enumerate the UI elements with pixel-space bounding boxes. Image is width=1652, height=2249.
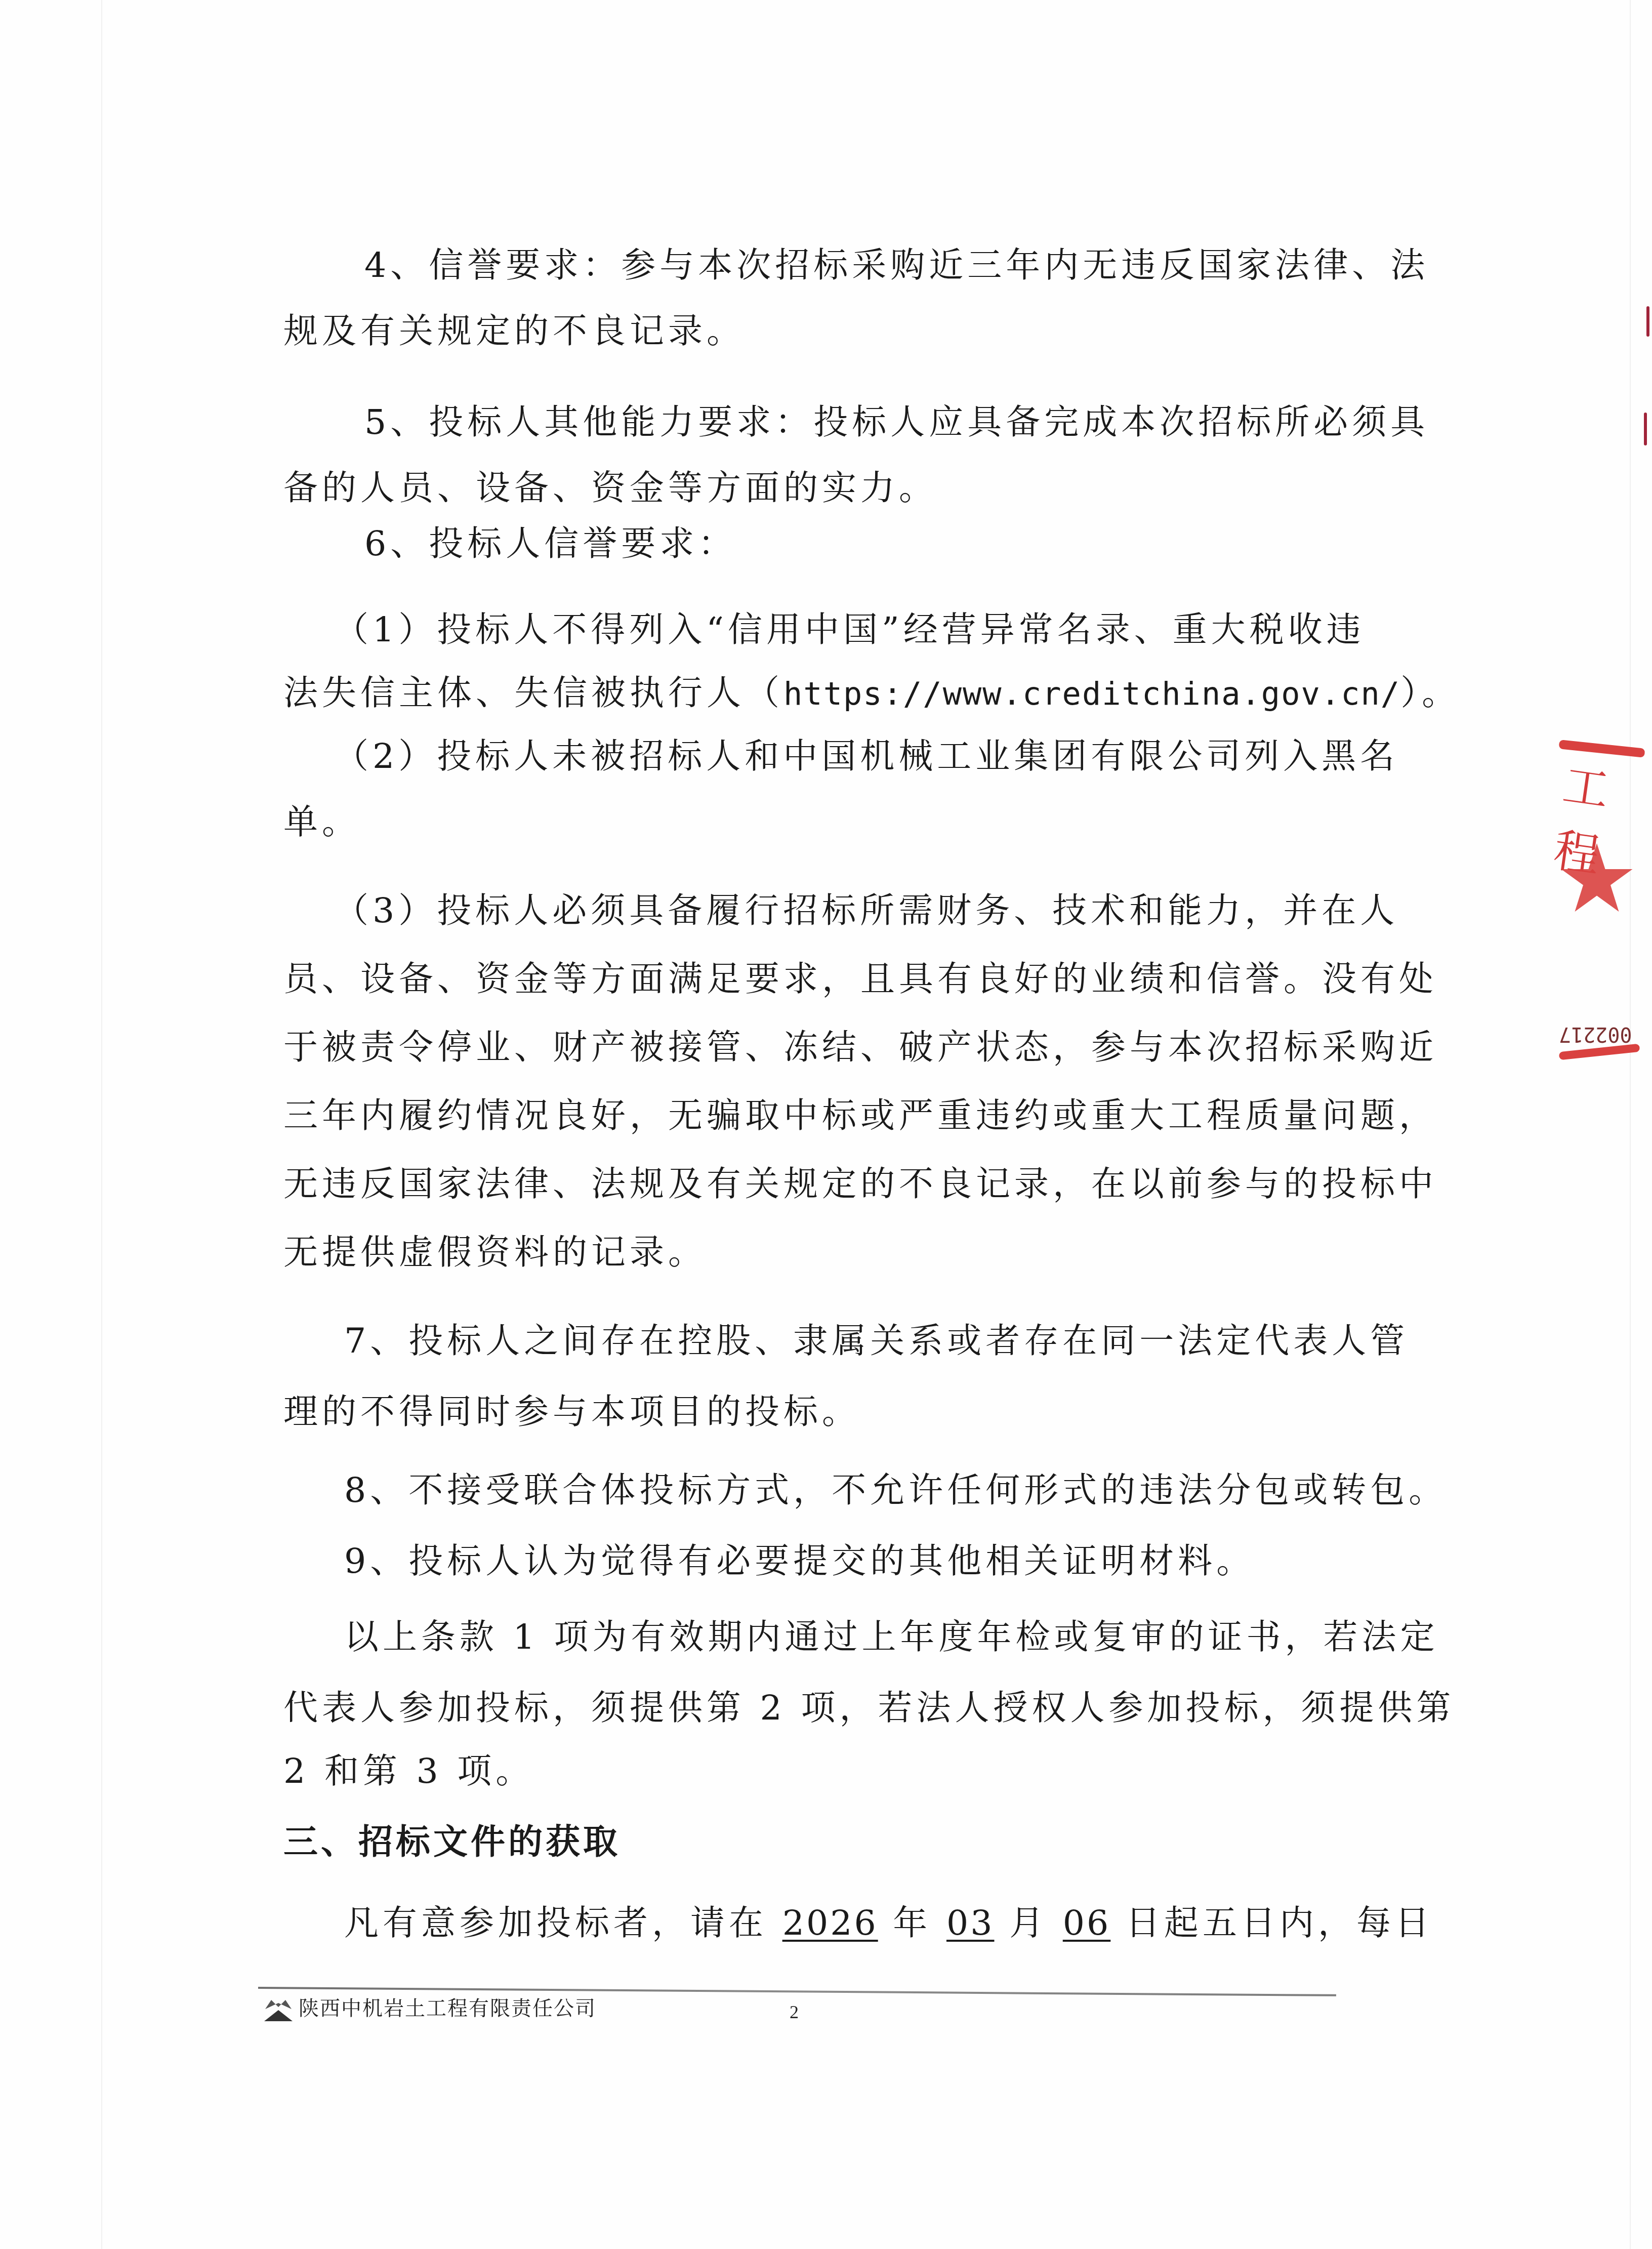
item6-sub2-line2: 单。 (283, 802, 1382, 843)
note-line1: 以上条款 1 项为有效期内通过上年度年检或复审的证书，若法定 (344, 1617, 1382, 1658)
note-line2: 代表人参加投标，须提供第 2 项，若法人授权人参加投标，须提供第 (283, 1688, 1382, 1729)
star-icon (1559, 840, 1635, 916)
date-year-unit: 年 (893, 1903, 931, 1943)
item7-line2: 理的不得同时参与本项目的投标。 (283, 1392, 1382, 1433)
item4-line1: 4、信誉要求：参与本次招标采购近三年内无违反国家法律、法 (364, 246, 1382, 286)
item6-sub1-prefix: 法失信主体、失信被执行人（ (283, 673, 783, 713)
item9-line1: 9、投标人认为觉得有必要提交的其他相关证明材料。 (344, 1541, 1382, 1582)
item5-line1: 5、投标人其他能力要求：投标人应具备完成本次招标所必须具 (364, 402, 1382, 443)
item6-sub1-line1: （1）投标人不得列入“信用中国”经营异常名录、重大税收违 (334, 610, 1382, 650)
item6-sub3-line2: 员、设备、资金等方面满足要求，且具有良好的业绩和信誉。没有处 (283, 959, 1382, 1000)
section3-suffix: 日起五日内，每日 (1126, 1903, 1433, 1943)
item6-sub3-line3: 于被责令停业、财产被接管、冻结、破产状态，参与本次招标采购近 (283, 1028, 1382, 1068)
date-month-unit: 月 (1009, 1903, 1048, 1943)
item6-sub3-line6: 无提供虚假资料的记录。 (283, 1233, 1382, 1273)
company-seal: 工程 002217 (1549, 724, 1652, 1088)
item6-sub1-suffix: ）。 (1400, 673, 1460, 713)
seal-serial: 002217 (1559, 1023, 1632, 1046)
page-number: 2 (790, 1999, 799, 2025)
document-page: 4、信誉要求：参与本次招标采购近三年内无违反国家法律、法 规及有关规定的不良记录… (0, 0, 1652, 2249)
item5-line2: 备的人员、设备、资金等方面的实力。 (283, 468, 1382, 509)
section3-prefix: 凡有意参加投标者，请在 (344, 1903, 767, 1943)
date-day: 06 (1063, 1903, 1111, 1943)
footer-company-name: 陕西中机岩土工程有限责任公司 (299, 1994, 596, 2023)
item6-sub3-line1: （3）投标人必须具备履行招标所需财务、技术和能力，并在人 (334, 891, 1382, 931)
item6-sub1-line2: 法失信主体、失信被执行人（https://www.creditchina.gov… (283, 673, 1382, 714)
item6-title: 6、投标人信誉要求： (364, 524, 1382, 564)
date-year: 2026 (782, 1903, 878, 1943)
section3-heading: 三、招标文件的获取 (283, 1822, 1382, 1863)
item6-sub2-line1: （2）投标人未被招标人和中国机械工业集团有限公司列入黑名 (334, 737, 1382, 777)
item4-line2: 规及有关规定的不良记录。 (283, 311, 1382, 352)
item6-sub3-line5: 无违反国家法律、法规及有关规定的不良记录，在以前参与的投标中 (283, 1164, 1382, 1205)
item7-line1: 7、投标人之间存在控股、隶属关系或者存在同一法定代表人管 (344, 1321, 1382, 1362)
creditchina-link[interactable]: https://www.creditchina.gov.cn/ (783, 675, 1400, 712)
mountain-logo-icon (263, 1997, 294, 2022)
seal-arc-bottom (1559, 1044, 1640, 1060)
item8-line1: 8、不接受联合体投标方式，不允许任何形式的违法分包或转包。 (344, 1470, 1382, 1511)
edge-mark-2 (1644, 413, 1647, 445)
section3-paragraph: 凡有意参加投标者，请在 2026 年 03 月 06 日起五日内，每日 (344, 1903, 1382, 1944)
item6-sub3-line4: 三年内履约情况良好，无骗取中标或严重违约或重大工程质量问题， (283, 1096, 1382, 1136)
edge-mark-1 (1646, 306, 1649, 337)
scan-edge-left (101, 0, 102, 2249)
note-line3: 2 和第 3 项。 (283, 1751, 1382, 1792)
scan-edge-right (1630, 0, 1631, 2249)
date-month: 03 (946, 1903, 995, 1943)
